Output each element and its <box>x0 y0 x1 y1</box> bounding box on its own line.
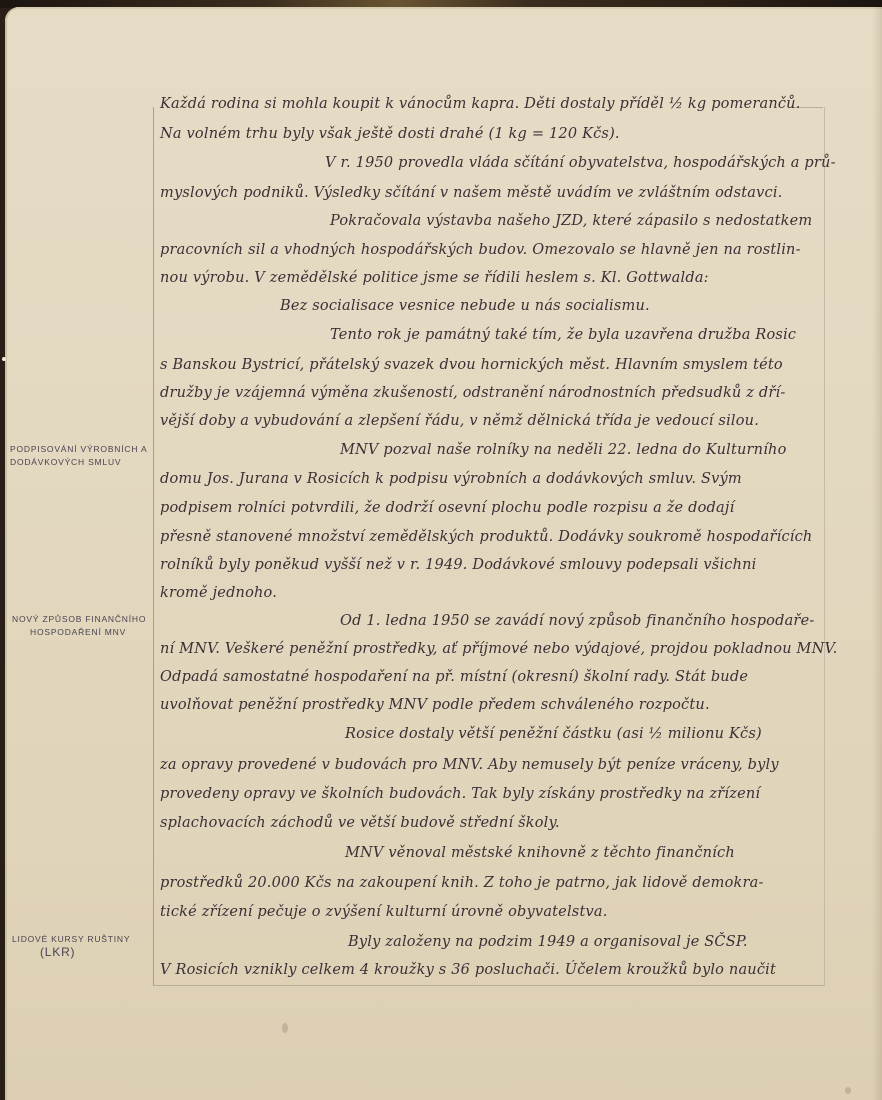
margin-note-line: Podpisování výrobních a <box>10 443 147 456</box>
body-line: Bez socialisace vesnice nebude u nás soc… <box>280 296 650 316</box>
body-line: Tento rok je památný také tím, že byla u… <box>330 325 796 345</box>
body-line: nou výrobu. V zemědělské politice jsme s… <box>160 268 709 288</box>
margin-note-line: Nový způsob finančního <box>12 613 146 626</box>
body-line: vější doby a vybudování a zlepšení řádu,… <box>160 411 759 431</box>
paper-speck <box>2 357 6 361</box>
body-line: V Rosicích vznikly celkem 4 kroužky s 36… <box>160 960 776 980</box>
body-line: ní MNV. Veškeré peněžní prostředky, ať p… <box>160 639 837 659</box>
body-line: Byly založeny na podzim 1949 a organisov… <box>348 932 748 952</box>
body-line: Na volném trhu byly však ještě dosti dra… <box>160 124 620 144</box>
margin-note-finance: Nový způsob finančního hospodaření MNV <box>12 613 146 639</box>
body-line: uvolňovat peněžní prostředky MNV podle p… <box>160 695 710 715</box>
body-line: s Banskou Bystricí, přátelský svazek dvo… <box>160 355 783 375</box>
body-line: kromě jednoho. <box>160 583 277 603</box>
body-line: myslových podniků. Výsledky sčítání v na… <box>160 183 782 203</box>
paper-speck <box>282 1023 288 1033</box>
body-line: za opravy provedené v budovách pro MNV. … <box>160 755 779 775</box>
margin-note-russian-courses: Lidové kursy ruštiny (LKR) <box>12 933 130 959</box>
body-line: Každá rodina si mohla koupit k vánocům k… <box>160 94 801 114</box>
body-line: Rosice dostaly větší peněžní částku (asi… <box>345 724 762 744</box>
body-line: Pokračovala výstavba našeho JZD, které z… <box>330 211 812 231</box>
body-line: pracovních sil a vhodných hospodářských … <box>160 240 801 260</box>
body-line: Od 1. ledna 1950 se zavádí nový způsob f… <box>340 611 814 631</box>
body-line: MNV pozval naše rolníky na neděli 22. le… <box>340 440 787 460</box>
paper-speck <box>845 1087 851 1094</box>
body-line: rolníků byly poněkud vyšší než v r. 1949… <box>160 555 757 575</box>
body-line: přesně stanovené množství zemědělských p… <box>160 527 812 547</box>
body-line: družby je vzájemná výměna zkušeností, od… <box>160 383 785 403</box>
body-line: prostředků 20.000 Kčs na zakoupení knih.… <box>160 873 764 893</box>
body-line: tické zřízení pečuje o zvýšení kulturní … <box>160 902 608 922</box>
margin-note-line: hospodaření MNV <box>12 626 146 639</box>
margin-note-line: dodávkových smluv <box>10 456 147 469</box>
body-line: MNV věnoval městské knihovně z těchto fi… <box>345 843 735 863</box>
body-line: podpisem rolníci potvrdili, že dodrží os… <box>160 498 734 518</box>
margin-note-line: (LKR) <box>12 946 130 959</box>
body-line: splachovacích záchodů ve větší budově st… <box>160 813 560 833</box>
body-line: domu Jos. Jurana v Rosicích k podpisu vý… <box>160 469 742 489</box>
body-line: Odpadá samostatné hospodaření na př. mís… <box>160 667 748 687</box>
body-line: V r. 1950 provedla vláda sčítání obyvate… <box>325 153 836 173</box>
margin-note-contracts: Podpisování výrobních a dodávkových smlu… <box>10 443 147 469</box>
page-edge-shadow <box>872 7 882 1100</box>
body-line: provedeny opravy ve školních budovách. T… <box>160 784 760 804</box>
